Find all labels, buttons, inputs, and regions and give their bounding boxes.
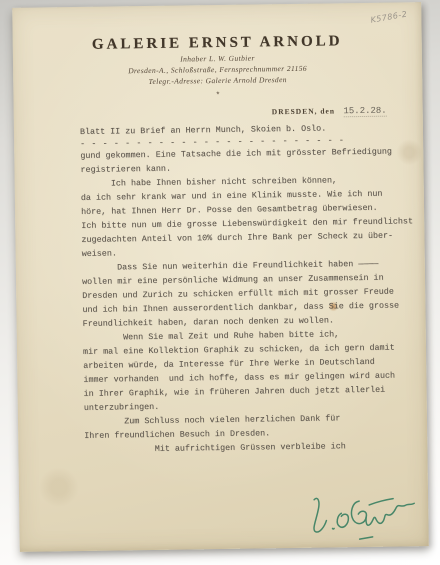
archive-annotation: K5786-2 — [370, 10, 408, 25]
signature — [307, 488, 420, 550]
paragraph-graphik-request: Wenn Sie mal Zeit und Ruhe haben bitte i… — [83, 326, 420, 415]
paragraph-illness-payment: Ich habe Ihnen bisher nicht schreiben kö… — [81, 172, 418, 261]
scan-background: K5786-2 GALERIE ERNST ARNOLD Inhaber L. … — [0, 0, 440, 565]
place-label: DRESDEN, den — [272, 106, 335, 116]
typed-date: 15.2.28. — [343, 106, 386, 118]
dateline: DRESDEN, den 15.2.28. — [272, 100, 387, 120]
letterhead: GALERIE ERNST ARNOLD Inhaber L. W. Gutbi… — [13, 32, 423, 102]
signature-ink-strokes — [307, 488, 420, 550]
letter-paper: K5786-2 GALERIE ERNST ARNOLD Inhaber L. … — [12, 2, 429, 552]
letter-body: Blatt II zu Brief an Herrn Munch, Skoien… — [80, 120, 421, 457]
paragraph-dedication: Dass Sie nun weiterhin die Freundlichkei… — [82, 256, 419, 331]
